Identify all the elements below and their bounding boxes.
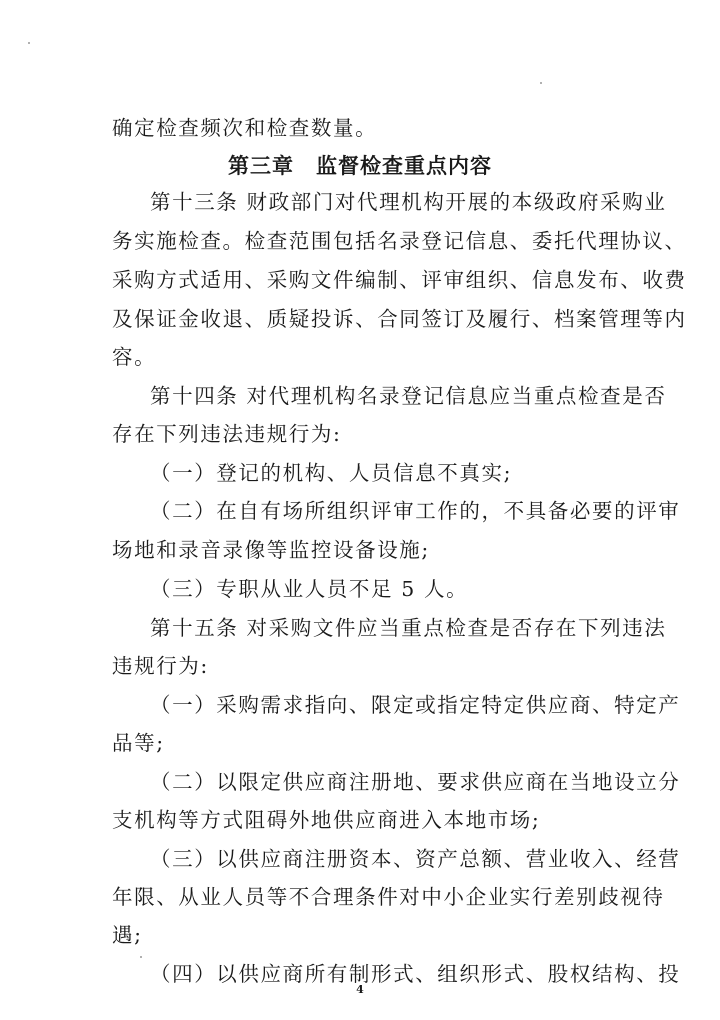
article-15-line: 第十五条 对采购文件应当重点检查是否存在下列违法 xyxy=(150,614,648,642)
list-item: （一）采购需求指向、限定或指定特定供应商、特定产 xyxy=(150,691,648,719)
list-item: （三）专职从业人员不足 5 人。 xyxy=(150,575,648,603)
scan-speck xyxy=(540,82,542,84)
text-line: 场地和录音录像等监控设备设施; xyxy=(112,536,610,564)
article-13-line: 第十三条 财政部门对代理机构开展的本级政府采购业 xyxy=(150,188,648,216)
text-line: 违规行为: xyxy=(112,652,610,680)
chapter-title: 第三章 监督检查重点内容 xyxy=(0,150,720,180)
text-line: 采购方式适用、采购文件编制、评审组织、信息发布、收费 xyxy=(112,266,610,294)
article-14-line: 第十四条 对代理机构名录登记信息应当重点检查是否 xyxy=(150,382,648,410)
text-line: 支机构等方式阻碍外地供应商进入本地市场; xyxy=(112,806,610,834)
text-line: 存在下列违法违规行为: xyxy=(112,420,610,448)
text-line: 遇; xyxy=(112,921,610,949)
scan-speck xyxy=(140,956,142,958)
list-item: （一）登记的机构、人员信息不真实; xyxy=(150,459,648,487)
text-line: 品等; xyxy=(112,729,610,757)
page-number: 4 xyxy=(0,983,720,996)
list-item: （二）在自有场所组织评审工作的，不具备必要的评审 xyxy=(150,497,648,525)
list-item: （三）以供应商注册资本、资产总额、营业收入、经营 xyxy=(150,845,648,873)
text-line: 确定检查频次和检查数量。 xyxy=(112,114,610,142)
text-line: 容。 xyxy=(112,343,610,371)
scan-speck xyxy=(28,42,30,44)
text-line: 务实施检查。检查范围包括名录登记信息、委托代理协议、 xyxy=(112,227,610,255)
text-line: 及保证金收退、质疑投诉、合同签订及履行、档案管理等内 xyxy=(112,305,610,333)
list-item: （二）以限定供应商注册地、要求供应商在当地设立分 xyxy=(150,768,648,796)
document-page: 确定检查频次和检查数量。 第三章 监督检查重点内容 第十三条 财政部门对代理机构… xyxy=(0,0,720,1020)
text-line: 年限、从业人员等不合理条件对中小企业实行差别歧视待 xyxy=(112,883,610,911)
